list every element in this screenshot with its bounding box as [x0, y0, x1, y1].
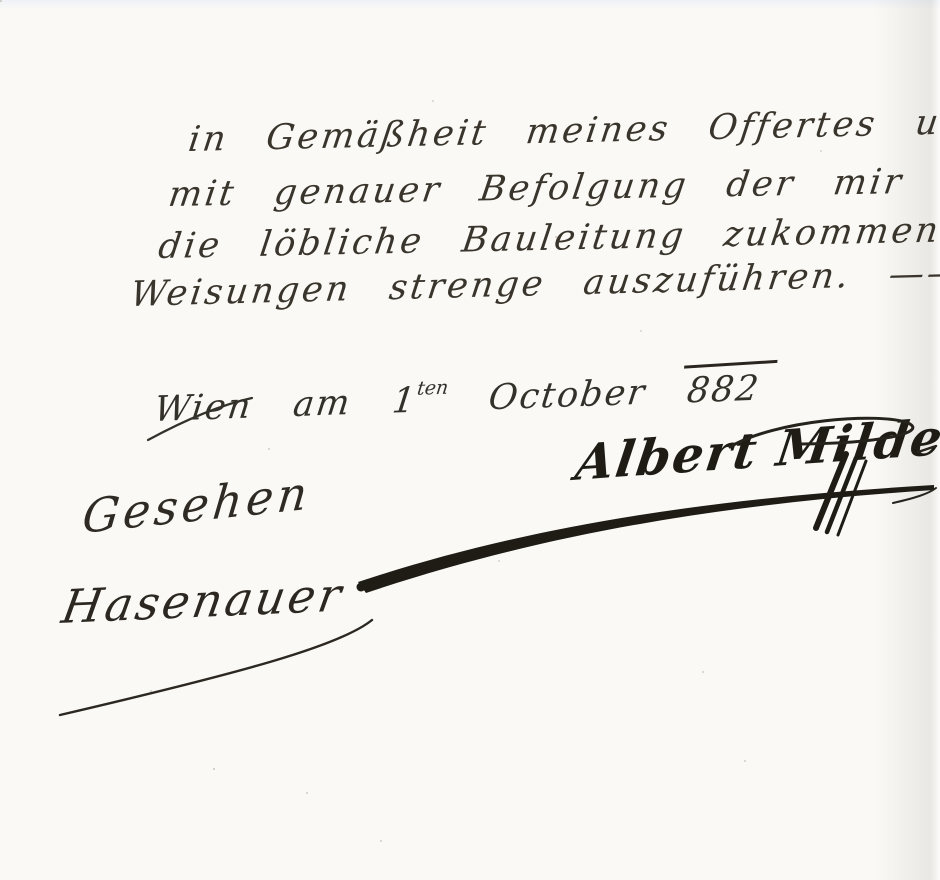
- dateline-place-day: Wien am 1: [152, 381, 419, 430]
- scanned-letter-page: in Gemäßheit meines Offertes und mit gen…: [0, 0, 940, 880]
- signature-albert-milde: Albert Milde: [572, 408, 940, 492]
- handwriting-line-2: mit genauer Befolgung der mir durch: [166, 159, 940, 215]
- dateline: Wien am 1ten October 882: [152, 369, 762, 430]
- hasenauer-tail-swash: [60, 620, 372, 715]
- countersignature-seen-label: Gesehen: [80, 465, 314, 544]
- dateline-month: October: [445, 371, 689, 420]
- swash-blunt-start: [357, 583, 366, 592]
- swash-end-hook: [893, 488, 936, 503]
- signature-underline-swash: [358, 485, 934, 593]
- countersignature-name-hasenauer: Hasenauer: [58, 567, 348, 634]
- dateline-ordinal-superscript: ten: [416, 377, 450, 400]
- handwriting-line-1: in Gemäßheit meines Offertes und: [186, 102, 940, 160]
- paper-speckles: [0, 0, 2, 2]
- dateline-year-overlined: 882: [685, 369, 763, 412]
